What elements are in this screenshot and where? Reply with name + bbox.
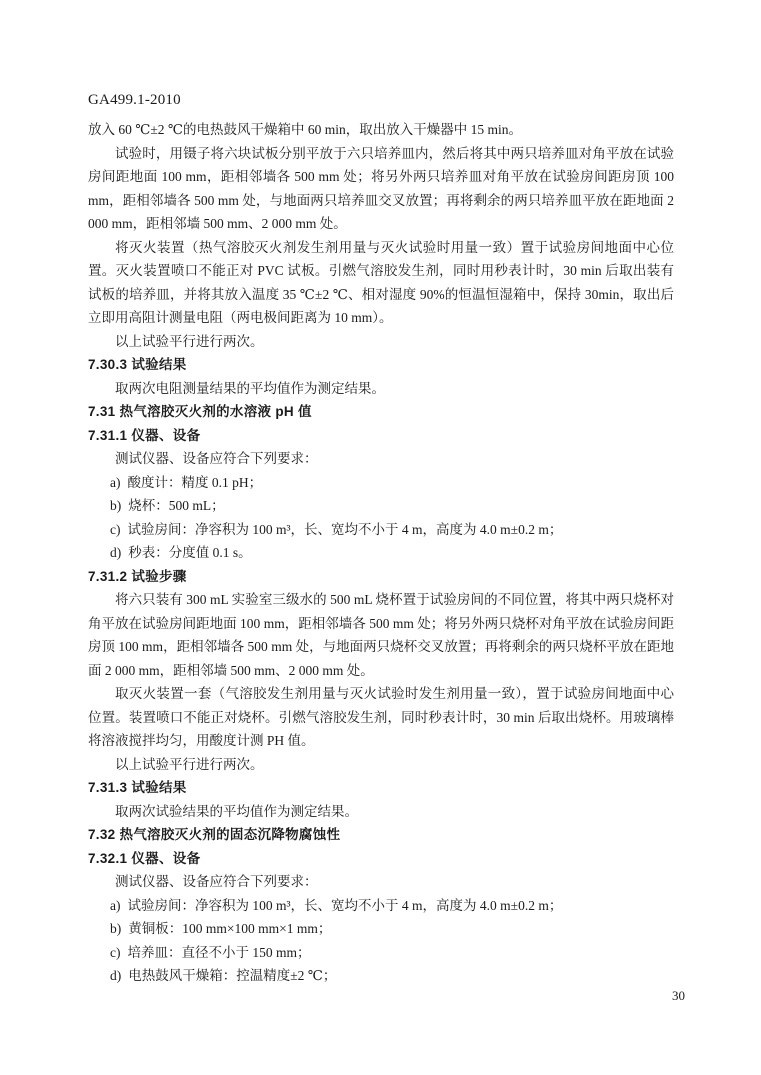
- list-item-text: 酸度计：精度 0.1 pH；: [128, 475, 263, 490]
- para-result-average: 取两次试验结果的平均值作为测定结果。: [88, 800, 674, 824]
- list-item-b-7-32-1: b)黄铜板：100 mm×100 mm×1 mm；: [88, 917, 674, 941]
- list-item-marker: c): [110, 945, 121, 960]
- list-item-d-7-32-1: d)电热鼓风干燥箱：控温精度±2 ℃；: [88, 964, 674, 988]
- section-heading-7-31-2: 7.31.2 试验步骤: [88, 565, 674, 589]
- section-heading-7-30-3: 7.30.3 试验结果: [88, 353, 674, 377]
- list-item-text: 烧杯：500 mL；: [128, 498, 224, 513]
- list-item-text: 试验房间：净容积为 100 m³，长、宽均不小于 4 m，高度为 4.0 m±0…: [128, 898, 563, 913]
- document-page: GA499.1-2010 放入 60 ℃±2 ℃的电热鼓风干燥箱中 60 min…: [0, 0, 761, 1075]
- document-body: 放入 60 ℃±2 ℃的电热鼓风干燥箱中 60 min，取出放入干燥器中 15 …: [88, 118, 674, 988]
- para-drying-oven: 放入 60 ℃±2 ℃的电热鼓风干燥箱中 60 min，取出放入干燥器中 15 …: [88, 118, 674, 142]
- list-item-c-7-31-1: c)试验房间：净容积为 100 m³，长、宽均不小于 4 m，高度为 4.0 m…: [88, 518, 674, 542]
- list-item-a-7-31-1: a)酸度计：精度 0.1 pH；: [88, 471, 674, 495]
- section-heading-7-31-1: 7.31.1 仪器、设备: [88, 424, 674, 448]
- section-heading-7-32-1: 7.32.1 仪器、设备: [88, 847, 674, 871]
- list-item-marker: b): [110, 921, 121, 936]
- list-item-text: 秒表：分度值 0.1 s。: [128, 545, 251, 560]
- list-item-text: 电热鼓风干燥箱：控温精度±2 ℃；: [128, 968, 336, 983]
- para-beaker-placement: 将六只装有 300 mL 实验室三级水的 500 mL 烧杯置于试验房间的不同位…: [88, 588, 674, 682]
- list-item-marker: b): [110, 498, 121, 513]
- list-item-c-7-32-1: c)培养皿：直径不小于 150 mm；: [88, 941, 674, 965]
- section-heading-7-31: 7.31 热气溶胶灭火剂的水溶液 pH 值: [88, 400, 674, 424]
- list-item-b-7-31-1: b)烧杯：500 mL；: [88, 494, 674, 518]
- para-device-ph: 取灭火装置一套（气溶胶发生剂用量与灭火试验时发生剂用量一致），置于试验房间地面中…: [88, 682, 674, 753]
- para-device-resistance: 将灭火装置（热气溶胶灭火剂发生剂用量与灭火试验时用量一致）置于试验房间地面中心位…: [88, 236, 674, 330]
- list-item-text: 黄铜板：100 mm×100 mm×1 mm；: [128, 921, 331, 936]
- para-parallel-twice-2: 以上试验平行进行两次。: [88, 753, 674, 777]
- list-item-text: 培养皿：直径不小于 150 mm；: [128, 945, 311, 960]
- document-code-header: GA499.1-2010: [88, 92, 181, 109]
- list-item-marker: d): [110, 968, 121, 983]
- para-requirements-2: 测试仪器、设备应符合下列要求：: [88, 870, 674, 894]
- list-item-text: 试验房间：净容积为 100 m³，长、宽均不小于 4 m，高度为 4.0 m±0…: [128, 522, 563, 537]
- para-parallel-twice-1: 以上试验平行进行两次。: [88, 330, 674, 354]
- list-item-d-7-31-1: d)秒表：分度值 0.1 s。: [88, 541, 674, 565]
- page-number: 30: [672, 988, 685, 1004]
- section-heading-7-32: 7.32 热气溶胶灭火剂的固态沉降物腐蚀性: [88, 823, 674, 847]
- list-item-marker: a): [110, 898, 121, 913]
- list-item-marker: d): [110, 545, 121, 560]
- para-plate-placement: 试验时，用镊子将六块试板分别平放于六只培养皿内，然后将其中两只培养皿对角平放在试…: [88, 142, 674, 236]
- list-item-marker: a): [110, 475, 121, 490]
- section-heading-7-31-3: 7.31.3 试验结果: [88, 776, 674, 800]
- list-item-marker: c): [110, 522, 121, 537]
- para-result-resistance: 取两次电阻测量结果的平均值作为测定结果。: [88, 377, 674, 401]
- para-requirements-1: 测试仪器、设备应符合下列要求：: [88, 447, 674, 471]
- list-item-a-7-32-1: a)试验房间：净容积为 100 m³，长、宽均不小于 4 m，高度为 4.0 m…: [88, 894, 674, 918]
